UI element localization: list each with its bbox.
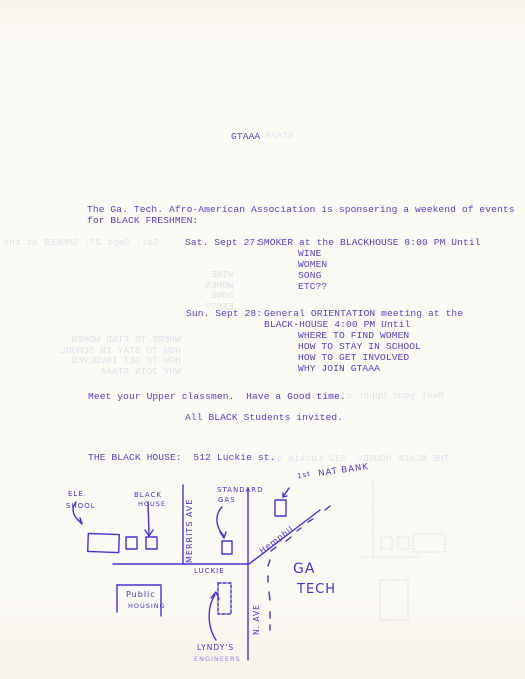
map-label-north-ave: N. AVE — [252, 604, 261, 635]
bleed-through-text: Sat. Sept 27: SMOKER at the BLACKHOUSE — [0, 237, 159, 248]
map-label-black-house: HOUSE — [138, 500, 166, 508]
map-label-tech: TECH — [296, 582, 336, 597]
event-sun-line: General ORIENTATION meeting at the — [264, 309, 463, 320]
invite-line: All BLACK Students invited. — [185, 413, 343, 424]
bleed-through-text: WHERE TO FIND WOMEN HOW TO STAY IN SCHOO… — [60, 335, 181, 377]
closing-line: Meet your Upper classmen. Have a Good ti… — [88, 392, 346, 403]
event-sun-item: HOW TO STAY IN SCHOOL — [298, 342, 421, 353]
map-label-public-housing: Public — [126, 590, 156, 599]
intro-line-2: for BLACK FRESHMEN: — [87, 216, 198, 227]
map-label-luckie: LUCKIE — [194, 567, 225, 575]
bleed-through-text: GTAAA — [265, 130, 294, 141]
map-label-elementary-school: ELE. — [68, 490, 87, 498]
black-house-building — [146, 537, 157, 549]
hand-drawn-map: ELE. SHOOL BLACK HOUSE MERRITS AVE STAND… — [0, 440, 525, 679]
event-sun-item: WHERE TO FIND WOMEN — [298, 331, 409, 342]
map-label-engineers: ENGINEERS — [194, 655, 241, 663]
event-sun-line: BLACK-HOUSE 4:00 PM Until — [264, 320, 410, 331]
map-label-merritts-ave: MERRITS AVE — [185, 499, 194, 563]
building — [126, 537, 137, 549]
document-title: GTAAA — [231, 132, 260, 143]
event-sat-item: SONG — [298, 271, 321, 282]
intro-line-1: The Ga. Tech. Afro-American Association … — [87, 205, 515, 216]
map-label-public-housing: HOUSING — [128, 602, 166, 610]
map-label-ga: GA — [293, 561, 315, 577]
map-label-standard-gas: GAS — [218, 496, 236, 504]
map-label-standard-gas: STANDARD — [217, 486, 264, 494]
paper-page: GTAAA Sat. Sept 27: SMOKER at the BLACKH… — [0, 0, 525, 679]
map-label-nat-bank: NAT BANK — [318, 462, 370, 479]
event-sat-item: ETC?? — [298, 282, 327, 293]
map-label-bank-superscript: 1st — [296, 470, 311, 481]
event-sun-item: WHY JOIN GTAAA — [298, 364, 380, 375]
event-sun-item: HOW TO GET INVOLVED — [298, 353, 409, 364]
bleed-through-text: WINE WOMEN SONG ETC?? — [205, 270, 234, 312]
map-label-hemphill: Hemphil — [258, 524, 296, 555]
event-sat-item: WINE — [298, 249, 321, 260]
map-label-elementary-school: SHOOL — [66, 502, 96, 510]
elementary-school-building — [88, 533, 120, 552]
map-label-lyndys: LYNDY'S — [197, 643, 234, 652]
event-sat-line: SMOKER at the BLACKHOUSE 8:00 PM Until — [258, 238, 481, 249]
event-sun-label: Sun. Sept 28: — [186, 309, 262, 320]
map-label-black-house: BLACK — [134, 491, 162, 499]
event-sat-item: WOMEN — [298, 260, 327, 271]
event-sat-label: Sat. Sept 27: — [185, 238, 261, 249]
